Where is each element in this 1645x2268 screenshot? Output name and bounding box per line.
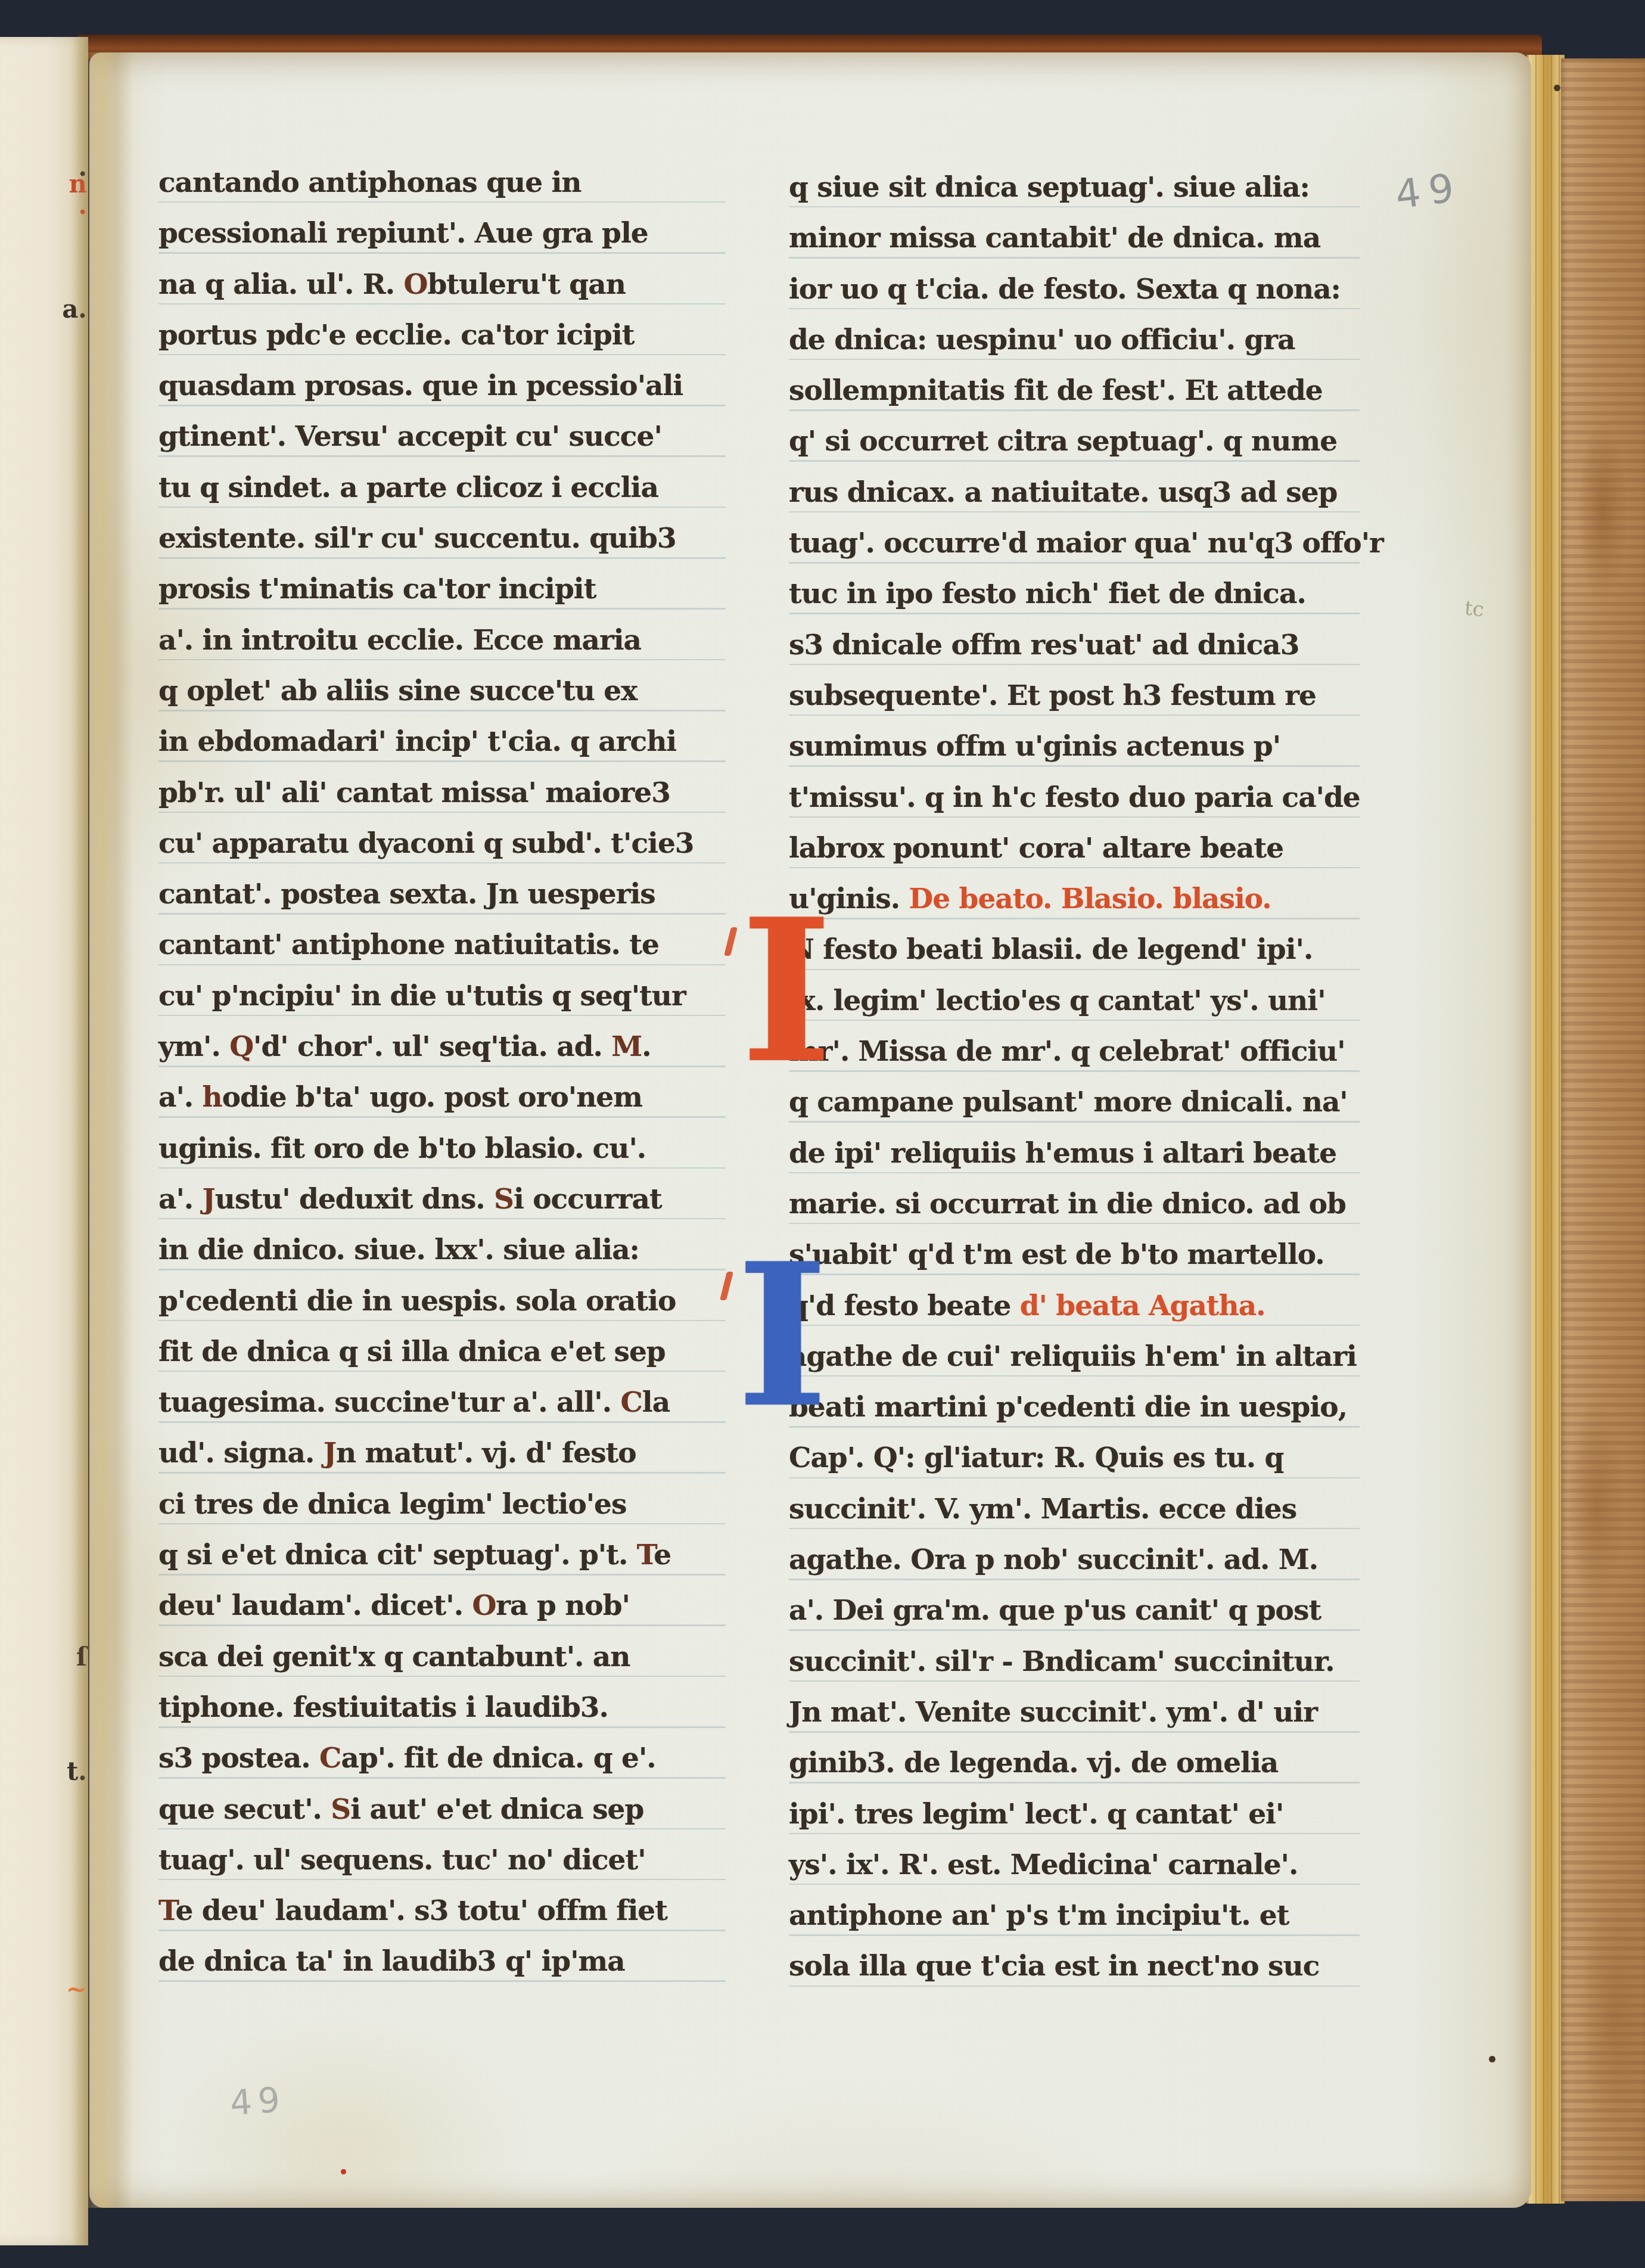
- text-segment: ud'. signa.: [158, 1437, 324, 1469]
- text-segment: que secut'.: [158, 1793, 331, 1826]
- text-segment: q' si occurret citra septuag'. q nume: [789, 425, 1337, 458]
- page-edges-gilt: [1526, 55, 1565, 2204]
- agatha-initial: I: [736, 1261, 828, 1410]
- text-segment: J: [324, 1437, 336, 1469]
- text-segment: M: [611, 1030, 642, 1063]
- text-segment: i occurrat: [514, 1183, 662, 1216]
- text-line: marie. si occurrat in die dnico. ad ob: [789, 1179, 1360, 1229]
- rubric-text: d' beata Agatha.: [1020, 1290, 1265, 1322]
- text-segment: .: [642, 1030, 651, 1063]
- text-line: cu' p'ncipiu' in die u'tutis q seq'tur: [158, 971, 726, 1021]
- text-segment: ra p nob': [496, 1589, 630, 1622]
- text-line: tiphone. festiuitatis i laudib3.: [158, 1682, 726, 1733]
- text-segment: cantat'. postea sexta. Jn uesperis: [158, 878, 655, 911]
- red-ink-dot: [341, 2169, 346, 2174]
- text-line: ym'. Q'd' chor'. ul' seq'tia. ad. M.: [158, 1021, 726, 1072]
- text-segment: cu' p'ncipiu' in die u'tutis q seq'tur: [158, 980, 686, 1012]
- text-segment: O: [403, 268, 427, 301]
- wooden-board-edge: [1561, 58, 1645, 2201]
- text-segment: q campane pulsant' more dnicali. na': [789, 1086, 1348, 1119]
- text-segment: e deu' laudam'. s3 totu' offm fiet: [176, 1894, 667, 1927]
- text-segment: cantando antiphonas que in: [158, 166, 581, 199]
- text-line: p'cedenti die in uespis. sola oratio: [158, 1276, 726, 1326]
- rubric-text: De beato. Blasio. blasio.: [909, 883, 1271, 915]
- text-line: ginib3. de legenda. vj. de omelia: [789, 1738, 1360, 1788]
- text-line: de dnica ta' in laudib3 q' ip'ma: [158, 1936, 726, 1987]
- text-line: q campane pulsant' more dnicali. na': [789, 1077, 1360, 1127]
- text-line: s3 postea. Cap'. fit de dnica. q e'.: [158, 1733, 726, 1784]
- text-line: in ebdomadari' incip' t'cia. q archi: [158, 716, 726, 767]
- text-segment: agathe de cui' reliquiis h'em' in altari: [789, 1340, 1357, 1373]
- text-line: ys'. ix'. R'. est. Medicina' carnale'.: [789, 1840, 1360, 1890]
- text-segment: portus pdc'e ecclie. ca'tor icipit: [158, 319, 635, 352]
- text-line: uginis. fit oro de b'to blasio. cu'.: [158, 1123, 726, 1174]
- text-line: s3 dnicale offm res'uat' ad dnica3: [789, 620, 1360, 670]
- text-line: deu' laudam'. dicet'. Ora p nob': [158, 1580, 726, 1631]
- text-segment: T: [158, 1894, 176, 1927]
- text-segment: J: [203, 1183, 215, 1216]
- margin-note: tc: [1463, 596, 1485, 622]
- text-segment: mr'. Missa de mr'. q celebrat' officiu': [789, 1035, 1345, 1068]
- text-segment: T: [637, 1539, 654, 1571]
- text-line: ud'. signa. Jn matut'. vj. d' festo: [158, 1428, 726, 1478]
- text-line: q oplet' ab aliis sine succe'tu ex: [158, 666, 726, 716]
- text-line: pcessionali repiunt'. Aue gra ple: [158, 208, 726, 259]
- text-segment: a'. Dei gra'm. que p'us canit' q post: [789, 1594, 1321, 1627]
- text-segment: ys'. ix'. R'. est. Medicina' carnale'.: [789, 1848, 1298, 1881]
- text-segment: deu' laudam'. dicet'.: [158, 1589, 472, 1622]
- text-line: tuag'. occurre'd maior qua' nu'q3 offo'r: [789, 518, 1360, 568]
- facing-page-edge: .n.a.ſt.~: [0, 37, 88, 2245]
- text-line: subsequente'. Et post h3 festum re: [789, 670, 1360, 721]
- text-segment: q oplet' ab aliis sine succe'tu ex: [158, 675, 637, 707]
- text-segment: agathe. Ora p nob' succinit'. ad. M.: [789, 1543, 1318, 1576]
- text-line: de ipi' reliquiis h'emus i altari beate: [789, 1128, 1360, 1179]
- text-segment: de dnica ta' in laudib3 q' ip'ma: [158, 1945, 625, 1978]
- text-line: sollempnitatis fit de fest'. Et attede: [789, 365, 1360, 416]
- text-segment: sollempnitatis fit de fest'. Et attede: [789, 374, 1323, 407]
- text-line: Te deu' laudam'. s3 totu' offm fiet: [158, 1885, 726, 1936]
- text-segment: h: [203, 1081, 222, 1114]
- text-segment: ap'. fit de dnica. q e'.: [341, 1742, 655, 1775]
- text-line: a'. Justu' deduxit dns. Si occurrat: [158, 1174, 726, 1225]
- text-segment: marie. si occurrat in die dnico. ad ob: [789, 1188, 1346, 1220]
- text-line: sumimus offm u'ginis actenus p': [789, 721, 1360, 772]
- text-segment: sumimus offm u'ginis actenus p': [789, 730, 1280, 763]
- text-line: rus dnicax. a natiuitate. usq3 ad sep: [789, 467, 1360, 518]
- text-segment: labrox ponunt' cora' altare beate: [789, 832, 1283, 865]
- text-segment: ginib3. de legenda. vj. de omelia: [789, 1747, 1278, 1779]
- text-segment: tuc in ipo festo nich' fiet de dnica.: [789, 577, 1306, 610]
- text-segment: beati martini p'cedenti die in uespio,: [789, 1391, 1347, 1424]
- text-segment: e: [654, 1539, 671, 1571]
- text-line: cantant' antiphone natiuitatis. te: [158, 919, 726, 970]
- text-segment: uginis. fit oro de b'to blasio. cu'.: [158, 1132, 646, 1165]
- text-line: agathe de cui' reliquiis h'em' in altari: [789, 1331, 1360, 1382]
- text-line: tuagesima. succine'tur a'. all'. Cla: [158, 1377, 726, 1428]
- text-line: q' si occurret citra septuag'. q nume: [789, 416, 1360, 467]
- text-line: beati martini p'cedenti die in uespio,: [789, 1382, 1360, 1433]
- text-segment: pcessionali repiunt'. Aue gra ple: [158, 217, 648, 250]
- text-segment: t'missu'. q in h'c festo duo paria ca'de: [789, 781, 1360, 814]
- text-segment: de ipi' reliquiis h'emus i altari beate: [789, 1137, 1336, 1170]
- text-segment: s'uabit' q'd t'm est de b'to martello.: [789, 1238, 1324, 1271]
- text-line: ior uo q t'cia. de festo. Sexta q nona:: [789, 264, 1360, 315]
- text-line: sola illa que t'cia est in nect'no suc: [789, 1941, 1360, 1992]
- text-line: cantat'. postea sexta. Jn uesperis: [158, 869, 726, 919]
- text-segment: la: [642, 1386, 670, 1419]
- text-segment: odie b'ta' ugo. post oro'nem: [222, 1081, 642, 1114]
- text-line: ix. legim' lectio'es q cantat' ys'. uni': [789, 975, 1360, 1026]
- text-segment: rus dnicax. a natiuitate. usq3 ad sep: [789, 476, 1337, 509]
- text-segment: tuag'. ul' sequens. tuc' no' dicet': [158, 1844, 646, 1876]
- text-line: de dnica: uespinu' uo officiu'. gra: [789, 315, 1360, 365]
- text-line: N festo beati blasii. de legend' ipi'.: [789, 924, 1360, 975]
- text-line: u'ginis. De beato. Blasio. blasio.: [789, 874, 1360, 924]
- text-line: labrox ponunt' cora' altare beate: [789, 823, 1360, 874]
- text-segment: gtinent'. Versu' accepit cu' succe': [158, 420, 662, 453]
- text-segment: ym'.: [158, 1030, 229, 1063]
- text-segment: sca dei genit'x q cantabunt'. an: [158, 1641, 630, 1673]
- wormhole: [1554, 85, 1560, 91]
- text-line: ipi'. tres legim' lect'. q cantat' ei': [789, 1789, 1360, 1840]
- manuscript-photo: .n.a.ſt.~ 49 49 tc cantando antiphonas q…: [0, 0, 1645, 2268]
- text-segment: cantant' antiphone natiuitatis. te: [158, 928, 659, 961]
- text-segment: ior uo q t'cia. de festo. Sexta q nona:: [789, 273, 1341, 306]
- text-segment: a'.: [158, 1081, 203, 1114]
- text-segment: ustu' deduxit dns.: [215, 1183, 494, 1216]
- text-line: cu' apparatu dyaconi q subd'. t'cie3: [158, 818, 726, 869]
- text-segment: antiphone an' p's t'm incipiu't. et: [789, 1899, 1289, 1932]
- text-segment: s3 dnicale offm res'uat' ad dnica3: [789, 629, 1299, 661]
- text-line: tuc in ipo festo nich' fiet de dnica.: [789, 568, 1360, 619]
- text-segment: S: [494, 1183, 514, 1216]
- text-segment: n matut'. vj. d' festo: [336, 1437, 636, 1469]
- text-line: portus pdc'e ecclie. ca'tor icipit: [158, 310, 726, 361]
- text-line: ci tres de dnica legim' lectio'es: [158, 1479, 726, 1530]
- text-segment: Jn mat'. Venite succinit'. ym'. d' uir: [789, 1696, 1317, 1729]
- text-segment: N festo beati blasii. de legend' ipi'.: [789, 933, 1313, 966]
- text-segment: succinit'. sil'r - Bndicam' succinitur.: [789, 1645, 1335, 1678]
- text-segment: in die dnico. siue. lxx'. siue alia:: [158, 1234, 639, 1266]
- text-line: na q alia. ul'. R. Obtuleru't qan: [158, 259, 726, 310]
- text-line: existente. sil'r cu' succentu. quib3: [158, 513, 726, 564]
- text-line: q si e'et dnica cit' septuag'. p't. Te: [158, 1530, 726, 1580]
- text-segment: sola illa que t'cia est in nect'no suc: [789, 1950, 1319, 1983]
- text-segment: de dnica: uespinu' uo officiu'. gra: [789, 324, 1295, 356]
- text-line: q'd festo beate d' beata Agatha.: [789, 1281, 1360, 1331]
- text-segment: tuagesima. succine'tur a'. all'.: [158, 1386, 620, 1419]
- text-line: in die dnico. siue. lxx'. siue alia:: [158, 1225, 726, 1275]
- text-segment: quasdam prosas. que in pcessio'ali: [158, 369, 683, 402]
- blasius-initial: I: [741, 916, 832, 1065]
- folio-number-bottom: 49: [229, 2079, 287, 2123]
- text-segment: 'd' chor'. ul' seq'tia. ad.: [253, 1030, 611, 1063]
- text-line: Jn mat'. Venite succinit'. ym'. d' uir: [789, 1687, 1360, 1738]
- text-line: cantando antiphonas que in: [158, 157, 726, 208]
- text-segment: btuleru't qan: [427, 268, 625, 301]
- text-segment: q siue sit dnica septuag'. siue alia:: [789, 171, 1310, 204]
- wormhole: [1489, 2056, 1495, 2062]
- right-text-column: q siue sit dnica septuag'. siue alia:min…: [789, 162, 1360, 1997]
- text-segment: prosis t'minatis ca'tor incipit: [158, 573, 596, 605]
- text-segment: i aut' e'et dnica sep: [350, 1793, 643, 1826]
- text-segment: O: [472, 1589, 496, 1622]
- text-segment: cu' apparatu dyaconi q subd'. t'cie3: [158, 827, 694, 860]
- text-segment: C: [620, 1386, 642, 1419]
- folio-number-top: 49: [1393, 164, 1465, 218]
- text-segment: S: [331, 1793, 350, 1826]
- text-line: fit de dnica q si illa dnica e'et sep: [158, 1326, 726, 1377]
- text-line: quasdam prosas. que in pcessio'ali: [158, 361, 726, 411]
- text-line: que secut'. Si aut' e'et dnica sep: [158, 1784, 726, 1835]
- left-text-column: cantando antiphonas que inpcessionali re…: [158, 157, 726, 1993]
- text-segment: na q alia. ul'. R.: [158, 268, 403, 301]
- text-line: mr'. Missa de mr'. q celebrat' officiu': [789, 1026, 1360, 1077]
- text-segment: C: [319, 1742, 341, 1775]
- text-line: a'. hodie b'ta' ugo. post oro'nem: [158, 1072, 726, 1123]
- text-segment: pb'r. ul' ali' cantat missa' maiore3: [158, 776, 670, 809]
- text-line: a'. Dei gra'm. que p'us canit' q post: [789, 1585, 1360, 1636]
- text-segment: in ebdomadari' incip' t'cia. q archi: [158, 725, 676, 758]
- text-segment: existente. sil'r cu' succentu. quib3: [158, 522, 676, 555]
- text-line: t'missu'. q in h'c festo duo paria ca'de: [789, 772, 1360, 823]
- text-line: prosis t'minatis ca'tor incipit: [158, 564, 726, 614]
- text-segment: succinit'. V. ym'. Martis. ecce dies: [789, 1493, 1296, 1526]
- text-line: tuag'. ul' sequens. tuc' no' dicet': [158, 1835, 726, 1885]
- text-segment: Cap'. Q': gl'iatur: R. Quis es tu. q: [789, 1441, 1283, 1474]
- text-line: antiphone an' p's t'm incipiu't. et: [789, 1890, 1360, 1941]
- text-line: q siue sit dnica septuag'. siue alia:: [789, 162, 1360, 213]
- text-segment: ix. legim' lectio'es q cantat' ys'. uni': [789, 984, 1326, 1017]
- text-segment: s3 postea.: [158, 1742, 319, 1775]
- text-segment: p'cedenti die in uespis. sola oratio: [158, 1285, 676, 1318]
- text-segment: a'. in introitu ecclie. Ecce maria: [158, 624, 641, 657]
- text-line: minor missa cantabit' de dnica. ma: [789, 213, 1360, 263]
- gutter-shadow: [76, 52, 133, 2208]
- text-segment: subsequente'. Et post h3 festum re: [789, 679, 1316, 712]
- text-segment: q si e'et dnica cit' septuag'. p't.: [158, 1539, 637, 1571]
- text-line: succinit'. sil'r - Bndicam' succinitur.: [789, 1636, 1360, 1687]
- text-segment: tiphone. festiuitatis i laudib3.: [158, 1691, 608, 1724]
- text-line: tu q sindet. a parte clicoz i ecclia: [158, 462, 726, 513]
- text-segment: fit de dnica q si illa dnica e'et sep: [158, 1335, 666, 1368]
- text-line: Cap'. Q': gl'iatur: R. Quis es tu. q: [789, 1433, 1360, 1483]
- text-line: gtinent'. Versu' accepit cu' succe': [158, 411, 726, 462]
- text-segment: tu q sindet. a parte clicoz i ecclia: [158, 471, 658, 504]
- text-line: s'uabit' q'd t'm est de b'to martello.: [789, 1229, 1360, 1280]
- text-segment: ci tres de dnica legim' lectio'es: [158, 1488, 626, 1521]
- text-segment: tuag'. occurre'd maior qua' nu'q3 offo'r: [789, 527, 1383, 560]
- text-line: agathe. Ora p nob' succinit'. ad. M.: [789, 1534, 1360, 1585]
- text-segment: ipi'. tres legim' lect'. q cantat' ei': [789, 1798, 1283, 1831]
- text-line: pb'r. ul' ali' cantat missa' maiore3: [158, 768, 726, 818]
- text-line: a'. in introitu ecclie. Ecce maria: [158, 615, 726, 666]
- text-segment: Q: [229, 1030, 253, 1063]
- text-line: sca dei genit'x q cantabunt'. an: [158, 1632, 726, 1682]
- text-segment: minor missa cantabit' de dnica. ma: [789, 222, 1320, 254]
- text-segment: a'.: [158, 1183, 203, 1216]
- text-line: succinit'. V. ym'. Martis. ecce dies: [789, 1484, 1360, 1534]
